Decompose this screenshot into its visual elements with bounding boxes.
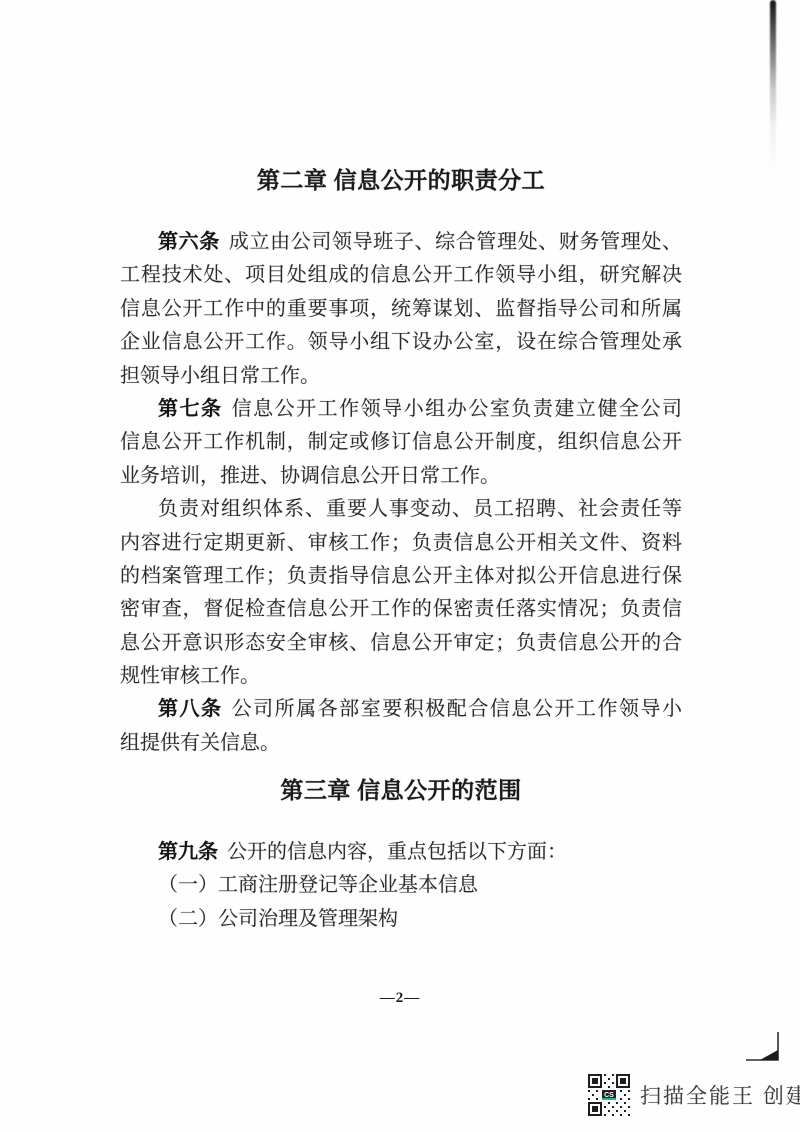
body-line: 的档案管理工作；负责指导信息公开主体对拟公开信息进行保 xyxy=(120,560,682,593)
clause-number: 第七条 xyxy=(158,398,223,420)
scanned-document-page: 第二章 信息公开的职责分工 第六条成立由公司领导班子、综合管理处、财务管理处、工… xyxy=(0,0,800,1132)
line-text: （一）工商注册登记等企业基本信息 xyxy=(158,874,478,896)
line-text: 负责对组织体系、重要人事变动、员工招聘、社会责任等 xyxy=(158,498,682,520)
watermark-label: 扫描全能王 创建 xyxy=(640,1080,800,1110)
line-text: 业务培训，推进、协调信息公开日常工作。 xyxy=(120,465,500,487)
line-text: 企业信息公开工作。领导小组下设办公室，设在综合管理处承 xyxy=(120,331,682,353)
scan-edge-artifact xyxy=(770,0,776,170)
qr-code-icon: CS xyxy=(588,1074,630,1116)
body-line: 业务培训，推进、协调信息公开日常工作。 xyxy=(120,460,682,493)
body-line: 内容进行定期更新、审核工作；负责信息公开相关文件、资料 xyxy=(120,527,682,560)
line-text: 信息公开工作领导小组办公室负责建立健全公司 xyxy=(232,398,682,420)
body-line: （二）公司治理及管理架构 xyxy=(120,903,682,936)
line-text: 信息公开工作机制，制定或修订信息公开制度，组织信息公开 xyxy=(120,431,682,453)
line-text: 公司所属各部室要积极配合信息公开工作领导小 xyxy=(232,698,682,720)
line-text: 密审查，督促检查信息公开工作的保密责任落实情况；负责信 xyxy=(120,598,682,620)
body-line: 负责对组织体系、重要人事变动、员工招聘、社会责任等 xyxy=(120,493,682,526)
body-line: 密审查，督促检查信息公开工作的保密责任落实情况；负责信 xyxy=(120,593,682,626)
line-text: 的档案管理工作；负责指导信息公开主体对拟公开信息进行保 xyxy=(120,565,682,587)
line-text: 公开的信息内容，重点包括以下方面： xyxy=(227,841,567,863)
chapter-2-heading: 第二章 信息公开的职责分工 xyxy=(120,162,682,195)
body-line: 第六条成立由公司领导班子、综合管理处、财务管理处、 xyxy=(120,226,682,259)
body-line: 第九条公开的信息内容，重点包括以下方面： xyxy=(120,836,682,869)
line-text: 内容进行定期更新、审核工作；负责信息公开相关文件、资料 xyxy=(120,532,682,554)
line-text: （二）公司治理及管理架构 xyxy=(158,908,398,930)
body-line: 第七条信息公开工作领导小组办公室负责建立健全公司 xyxy=(120,393,682,426)
scanner-watermark: CS 扫描全能王 创建 xyxy=(588,1074,800,1116)
chapter-3-body: 第九条公开的信息内容，重点包括以下方面：（一）工商注册登记等企业基本信息（二）公… xyxy=(120,836,682,936)
body-line: 规性审核工作。 xyxy=(120,660,682,693)
body-line: 担领导小组日常工作。 xyxy=(120,360,682,393)
body-line: 组提供有关信息。 xyxy=(120,727,682,760)
qr-logo-label: CS xyxy=(604,1092,614,1099)
clause-number: 第六条 xyxy=(158,231,220,253)
body-line: 息公开意识形态安全审核、信息公开审定；负责信息公开的合 xyxy=(120,627,682,660)
clause-number: 第九条 xyxy=(158,841,218,863)
clause-number: 第八条 xyxy=(158,698,223,720)
line-text: 担领导小组日常工作。 xyxy=(120,365,320,387)
body-line: 第八条公司所属各部室要积极配合信息公开工作领导小 xyxy=(120,693,682,726)
chapter-2-body: 第六条成立由公司领导班子、综合管理处、财务管理处、工程技术处、项目处组成的信息公… xyxy=(120,226,682,760)
line-text: 信息公开工作中的重要事项，统筹谋划、监督指导公司和所属 xyxy=(120,298,682,320)
line-text: 规性审核工作。 xyxy=(120,665,260,687)
line-text: 息公开意识形态安全审核、信息公开审定；负责信息公开的合 xyxy=(120,632,682,654)
body-line: 信息公开工作机制，制定或修订信息公开制度，组织信息公开 xyxy=(120,426,682,459)
body-line: （一）工商注册登记等企业基本信息 xyxy=(120,869,682,902)
page-corner-mark-icon xyxy=(742,1032,784,1066)
line-text: 成立由公司领导班子、综合管理处、财务管理处、 xyxy=(229,231,682,253)
page-number: —2— xyxy=(0,990,800,1007)
line-text: 工程技术处、项目处组成的信息公开工作领导小组，研究解决 xyxy=(120,264,682,286)
body-line: 工程技术处、项目处组成的信息公开工作领导小组，研究解决 xyxy=(120,259,682,292)
line-text: 组提供有关信息。 xyxy=(120,732,280,754)
chapter-3-heading: 第三章 信息公开的范围 xyxy=(120,772,682,805)
body-line: 企业信息公开工作。领导小组下设办公室，设在综合管理处承 xyxy=(120,326,682,359)
body-line: 信息公开工作中的重要事项，统筹谋划、监督指导公司和所属 xyxy=(120,293,682,326)
